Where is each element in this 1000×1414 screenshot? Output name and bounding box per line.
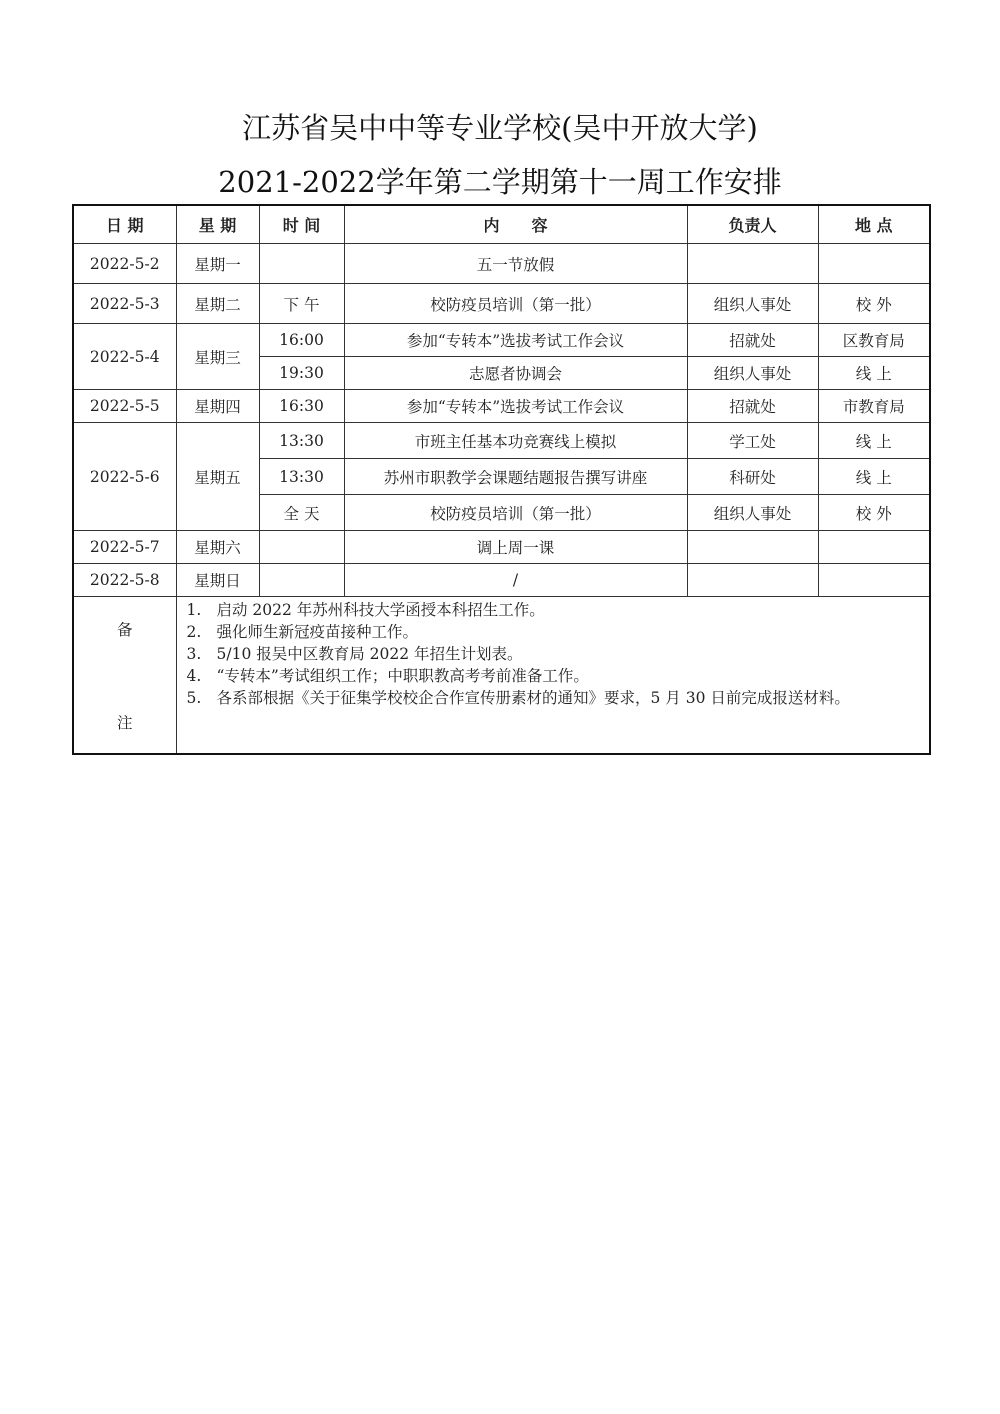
- table-row: 2022-5-6 星期五 13:30 市班主任基本功竞赛线上模拟 学工处 线 上: [73, 423, 930, 459]
- table-row: 2022-5-8 星期日 /: [73, 564, 930, 597]
- cell-location: 区教育局: [818, 324, 930, 357]
- table-row: 2022-5-4 星期三 16:00 参加“专转本”选拔考试工作会议 招就处 区…: [73, 324, 930, 357]
- cell-time: 13:30: [259, 423, 344, 459]
- notes-label-bottom: 注: [117, 711, 133, 733]
- cell-date: 2022-5-7: [73, 531, 176, 564]
- header-location: 地 点: [818, 205, 930, 244]
- cell-content: 参加“专转本”选拔考试工作会议: [344, 390, 687, 423]
- table-row: 2022-5-2 星期一 五一节放假: [73, 244, 930, 284]
- cell-location: 线 上: [818, 357, 930, 390]
- cell-time: 全 天: [259, 495, 344, 531]
- cell-content: 调上周一课: [344, 531, 687, 564]
- note-item: 4.“专转本”考试组织工作；中职职教高考考前准备工作。: [187, 665, 930, 687]
- cell-owner: [687, 244, 818, 284]
- cell-location: 校 外: [818, 284, 930, 324]
- cell-time: 16:00: [259, 324, 344, 357]
- cell-location: [818, 564, 930, 597]
- cell-content: 校防疫员培训（第一批）: [344, 284, 687, 324]
- cell-location: [818, 244, 930, 284]
- table-header-row: 日 期 星 期 时 间 内 容 负责人 地 点: [73, 205, 930, 244]
- header-date: 日 期: [73, 205, 176, 244]
- cell-date: 2022-5-4: [73, 324, 176, 390]
- cell-date: 2022-5-2: [73, 244, 176, 284]
- cell-owner: 组织人事处: [687, 495, 818, 531]
- cell-date: 2022-5-3: [73, 284, 176, 324]
- cell-weekday: 星期六: [176, 531, 259, 564]
- cell-content: 参加“专转本”选拔考试工作会议: [344, 324, 687, 357]
- cell-weekday: 星期一: [176, 244, 259, 284]
- cell-owner: 招就处: [687, 324, 818, 357]
- table-row: 2022-5-7 星期六 调上周一课: [73, 531, 930, 564]
- cell-time: [259, 564, 344, 597]
- cell-owner: 科研处: [687, 459, 818, 495]
- cell-time: 13:30: [259, 459, 344, 495]
- cell-content: 志愿者协调会: [344, 357, 687, 390]
- cell-weekday: 星期二: [176, 284, 259, 324]
- cell-weekday: 星期三: [176, 324, 259, 390]
- cell-owner: [687, 564, 818, 597]
- cell-weekday: 星期日: [176, 564, 259, 597]
- cell-weekday: 星期五: [176, 423, 259, 531]
- header-owner: 负责人: [687, 205, 818, 244]
- header-content: 内 容: [344, 205, 687, 244]
- note-item: 1.启动 2022 年苏州科技大学函授本科招生工作。: [187, 599, 930, 621]
- cell-location: 线 上: [818, 459, 930, 495]
- cell-time: [259, 531, 344, 564]
- cell-time: 下 午: [259, 284, 344, 324]
- note-item: 2.强化师生新冠疫苗接种工作。: [187, 621, 930, 643]
- cell-content: 五一节放假: [344, 244, 687, 284]
- cell-content: 市班主任基本功竞赛线上模拟: [344, 423, 687, 459]
- document-title: 江苏省吴中中等专业学校(吴中开放大学): [0, 106, 1000, 147]
- cell-location: 线 上: [818, 423, 930, 459]
- cell-location: [818, 531, 930, 564]
- cell-owner: [687, 531, 818, 564]
- cell-time: 16:30: [259, 390, 344, 423]
- header-time: 时 间: [259, 205, 344, 244]
- cell-time: [259, 244, 344, 284]
- table-row: 2022-5-3 星期二 下 午 校防疫员培训（第一批） 组织人事处 校 外: [73, 284, 930, 324]
- notes-label: 备 注: [73, 597, 176, 755]
- schedule-table: 日 期 星 期 时 间 内 容 负责人 地 点 2022-5-2 星期一 五一节…: [72, 204, 931, 755]
- notes-label-top: 备: [117, 618, 133, 640]
- cell-owner: 招就处: [687, 390, 818, 423]
- cell-time: 19:30: [259, 357, 344, 390]
- cell-content: 苏州市职教学会课题结题报告撰写讲座: [344, 459, 687, 495]
- notes-row: 备 注 1.启动 2022 年苏州科技大学函授本科招生工作。 2.强化师生新冠疫…: [73, 597, 930, 755]
- cell-content: 校防疫员培训（第一批）: [344, 495, 687, 531]
- cell-location: 市教育局: [818, 390, 930, 423]
- cell-weekday: 星期四: [176, 390, 259, 423]
- note-item: 5.各系部根据《关于征集学校校企合作宣传册素材的通知》要求，5 月 30 日前完…: [187, 687, 930, 709]
- cell-date: 2022-5-6: [73, 423, 176, 531]
- note-item: 3.5/10 报吴中区教育局 2022 年招生计划表。: [187, 643, 930, 665]
- document-subtitle: 2021-2022学年第二学期第十一周工作安排: [0, 160, 1000, 201]
- header-weekday: 星 期: [176, 205, 259, 244]
- cell-location: 校 外: [818, 495, 930, 531]
- cell-date: 2022-5-5: [73, 390, 176, 423]
- cell-content: /: [344, 564, 687, 597]
- cell-owner: 组织人事处: [687, 284, 818, 324]
- notes-content: 1.启动 2022 年苏州科技大学函授本科招生工作。 2.强化师生新冠疫苗接种工…: [176, 597, 930, 755]
- cell-date: 2022-5-8: [73, 564, 176, 597]
- cell-owner: 学工处: [687, 423, 818, 459]
- table-row: 2022-5-5 星期四 16:30 参加“专转本”选拔考试工作会议 招就处 市…: [73, 390, 930, 423]
- cell-owner: 组织人事处: [687, 357, 818, 390]
